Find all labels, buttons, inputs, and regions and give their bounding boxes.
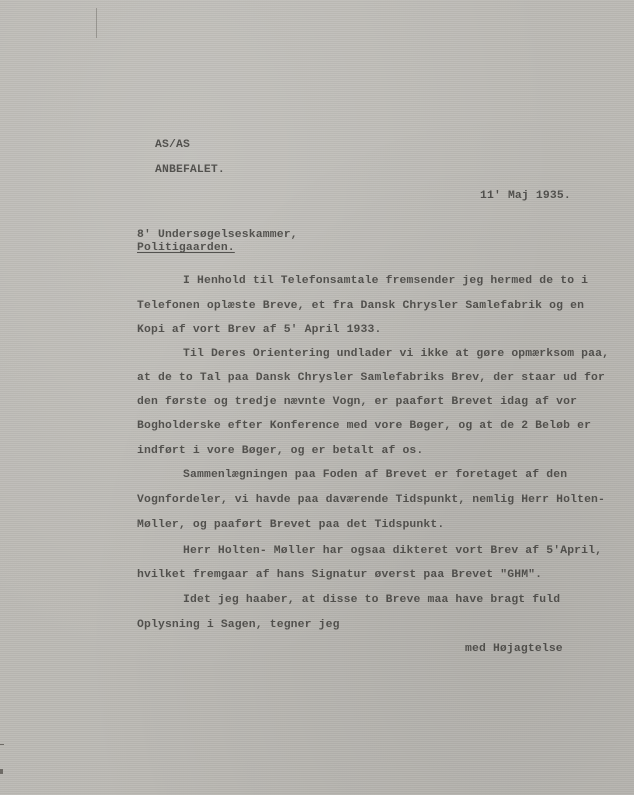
body-line: Telefonen oplæste Breve, et fra Dansk Ch… <box>137 300 584 312</box>
body-line: indført i vore Bøger, og er betalt af os… <box>137 445 423 457</box>
body-line: Bogholderske efter Konference med vore B… <box>137 420 591 432</box>
body-line: Idet jeg haaber, at disse to Breve maa h… <box>183 594 560 606</box>
recipient-line-1: 8' Undersøgelseskammer, <box>137 229 298 241</box>
edge-mark <box>0 744 4 745</box>
reference-initials: AS/AS <box>155 139 190 151</box>
body-line: Vognfordeler, vi havde paa daværende Tid… <box>137 494 605 506</box>
closing-salutation: med Højagtelse <box>465 643 563 655</box>
body-line: Sammenlægningen paa Foden af Brevet er f… <box>183 469 567 481</box>
delivery-method: ANBEFALET. <box>155 164 225 176</box>
body-line: Til Deres Orientering undlader vi ikke a… <box>183 348 609 360</box>
body-line: at de to Tal paa Dansk Chrysler Samlefab… <box>137 372 605 384</box>
document-page: AS/AS ANBEFALET. 11' Maj 1935. 8' Unders… <box>0 0 634 795</box>
body-line: Herr Holten- Møller har ogsaa dikteret v… <box>183 545 602 557</box>
edge-mark <box>96 8 97 38</box>
body-line: Oplysning i Sagen, tegner jeg <box>137 619 340 631</box>
body-line: Møller, og paaført Brevet paa det Tidspu… <box>137 519 444 531</box>
letter-date: 11' Maj 1935. <box>480 190 571 202</box>
body-line: den første og tredje nævnte Vogn, er paa… <box>137 396 577 408</box>
edge-mark <box>0 769 3 774</box>
recipient-line-2: Politigaarden. <box>137 242 235 254</box>
body-line: Kopi af vort Brev af 5' April 1933. <box>137 324 382 336</box>
body-line: I Henhold til Telefonsamtale fremsender … <box>183 275 588 287</box>
body-line: hvilket fremgaar af hans Signatur øverst… <box>137 569 542 581</box>
